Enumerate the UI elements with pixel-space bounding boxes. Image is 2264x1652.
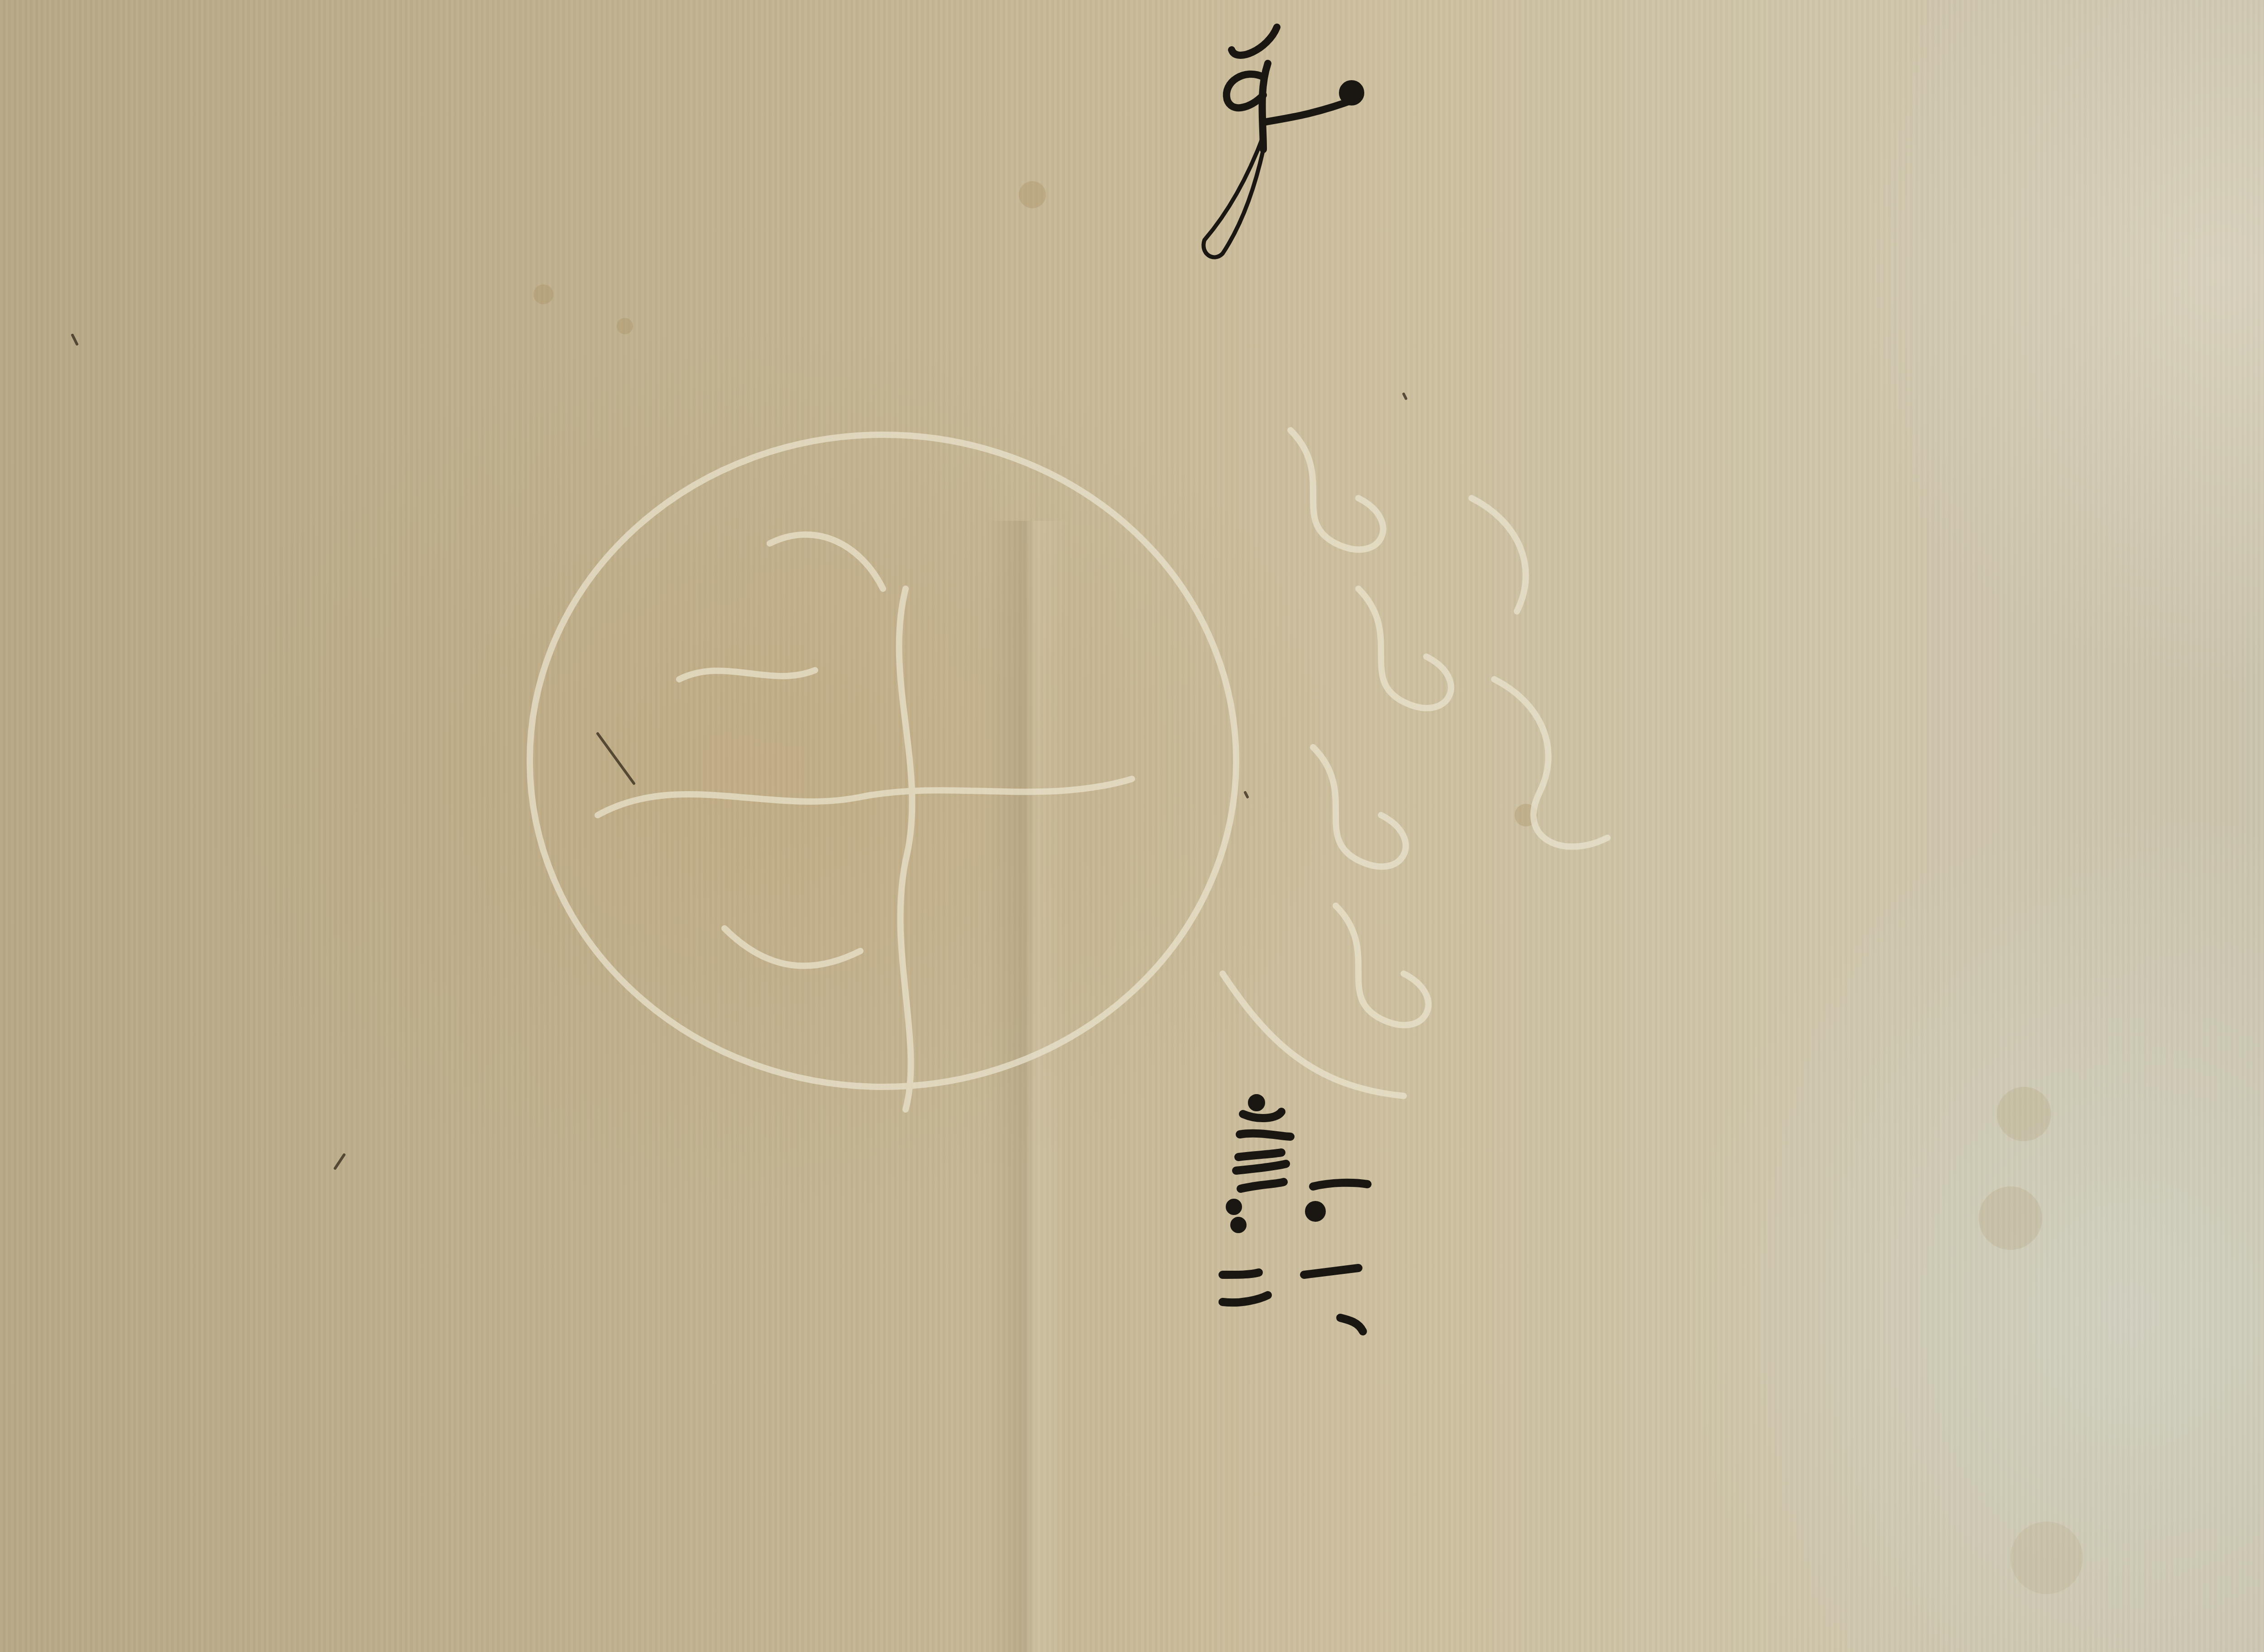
watermark-emblem xyxy=(530,430,1607,1109)
paper-photograph xyxy=(0,0,2264,1652)
ink-script-column xyxy=(1223,1098,1367,1331)
foxing-spots xyxy=(533,181,2083,1594)
ink-glyph-top xyxy=(1204,27,1361,257)
watermark-and-ink-layer xyxy=(0,0,2264,1652)
